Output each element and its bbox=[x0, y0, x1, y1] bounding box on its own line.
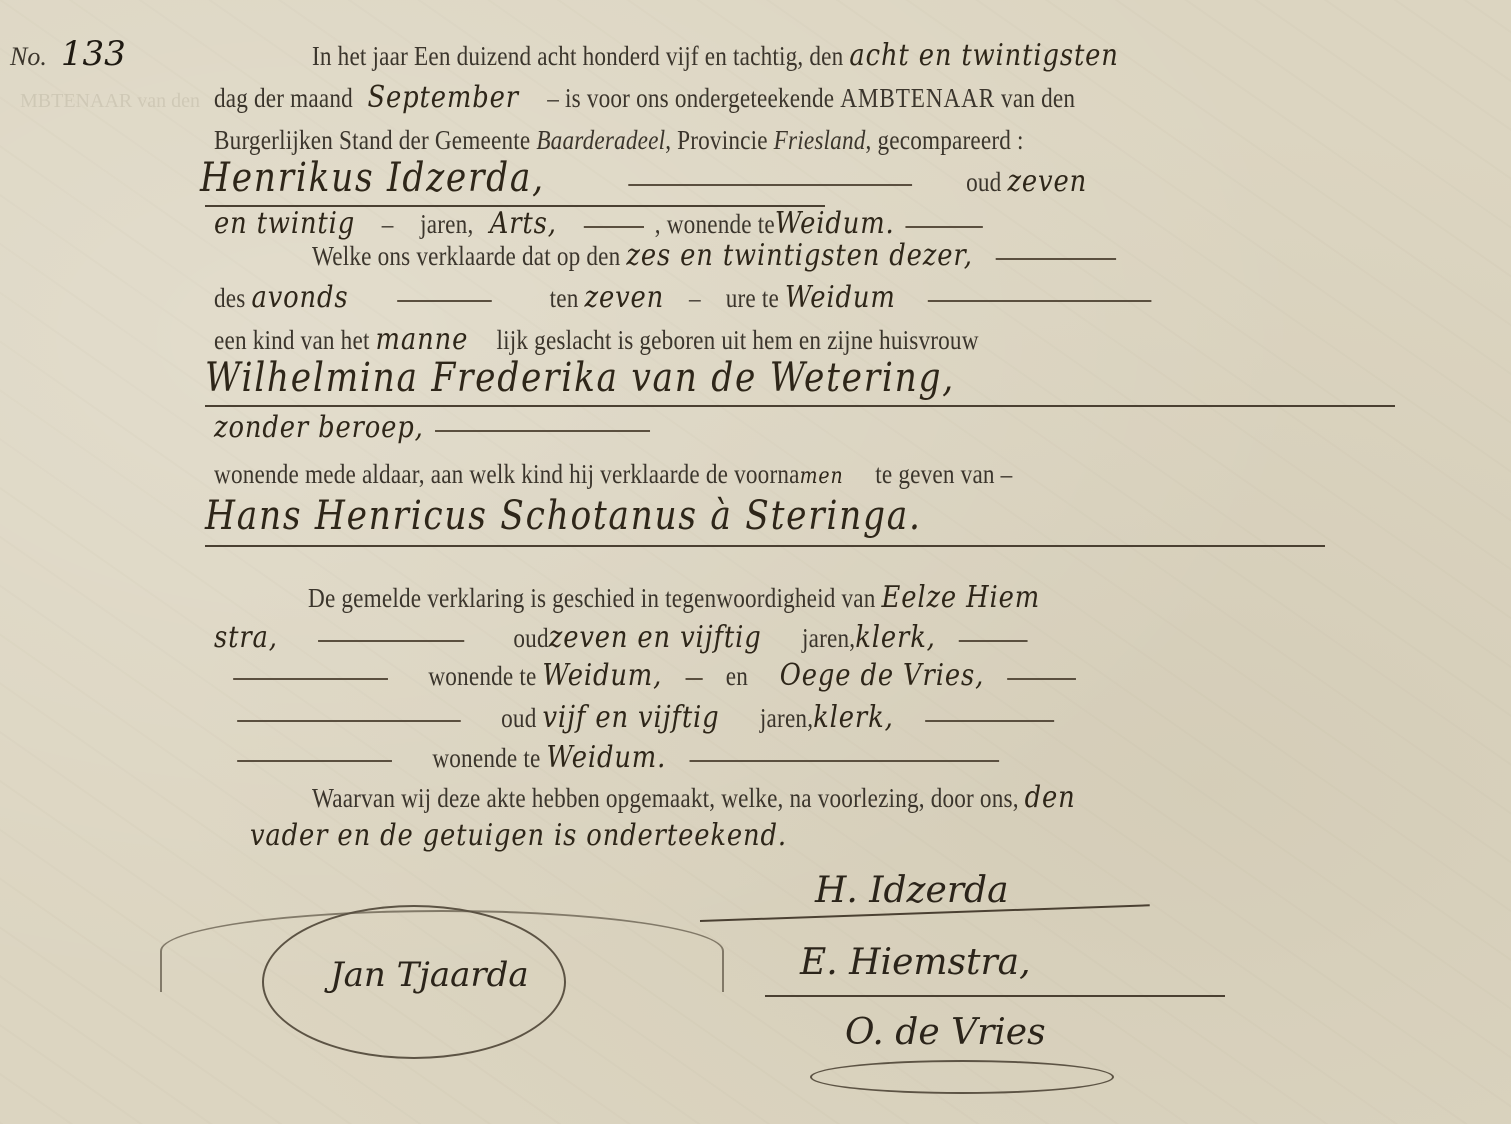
printed-text: In het jaar Een duizend acht honderd vij… bbox=[312, 41, 843, 71]
handwritten-birth-place: Weidum bbox=[785, 280, 896, 315]
line-17: wonende te Weidum. bbox=[232, 742, 1004, 774]
birth-record-page: MBTENAAR van den No.133 In het jaar Een … bbox=[0, 0, 1511, 1124]
handwritten-month: September bbox=[367, 80, 518, 115]
handwritten-day: acht en twintigsten bbox=[849, 38, 1118, 73]
signature-underline bbox=[765, 995, 1225, 997]
handwritten-time-of-day: avonds bbox=[251, 280, 348, 315]
dash: – bbox=[382, 209, 394, 239]
printed-text: ure te bbox=[726, 283, 779, 313]
municipality: Baarderadeel bbox=[536, 125, 665, 155]
printed-text: , gecompareerd : bbox=[866, 125, 1024, 155]
printed-text: jaren, bbox=[802, 623, 855, 653]
printed-text: wonende te bbox=[428, 661, 536, 691]
printed-text: is voor ons ondergeteekende bbox=[565, 83, 834, 113]
handwritten-witness1-age: zeven en vijftig bbox=[549, 620, 762, 655]
printed-text: Burgerlijken Stand der Gemeente bbox=[214, 125, 530, 155]
underline bbox=[205, 545, 1325, 547]
handwritten-age: zeven bbox=[1007, 164, 1087, 199]
printed-text: lijk geslacht is geboren uit hem en zijn… bbox=[497, 325, 979, 355]
line-19: vader en de getuigen is onderteekend. bbox=[250, 820, 787, 852]
handwritten-witness2-residence: Weidum. bbox=[546, 740, 666, 775]
handwritten-witness2-occupation: klerk, bbox=[813, 700, 893, 735]
printed-text: oud bbox=[966, 167, 1001, 197]
printed-text: te geven van – bbox=[875, 459, 1012, 489]
handwritten-witness2-name: Oege de Vries, bbox=[780, 658, 984, 693]
underline bbox=[205, 405, 1395, 407]
handwritten-sex: manne bbox=[376, 322, 469, 357]
printed-text: jaren, bbox=[420, 209, 473, 239]
province: Friesland bbox=[774, 125, 866, 155]
line-6: Welke ons verklaarde dat op den zes en t… bbox=[312, 240, 1122, 272]
line-2: dag der maand September – is voor ons on… bbox=[214, 82, 1075, 114]
handwritten-hour: zeven bbox=[585, 280, 665, 315]
line-16: oud vijf en vijftig jaren,klerk, bbox=[232, 702, 1060, 734]
record-number-label: No. bbox=[10, 42, 47, 71]
fill-rule bbox=[233, 678, 388, 680]
printed-text: Welke ons verklaarde dat op den bbox=[312, 241, 620, 271]
line-11: wonende mede aldaar, aan welk kind hij v… bbox=[214, 458, 1012, 493]
printed-text: wonende mede aldaar, aan welk kind hij v… bbox=[214, 459, 800, 489]
signature-witness1: E. Hiemstra, bbox=[800, 942, 1031, 983]
printed-text: De gemelde verklaring is geschied in teg… bbox=[308, 583, 876, 613]
fill-rule bbox=[1007, 678, 1076, 680]
signature-official: Jan Tjaarda bbox=[330, 955, 529, 995]
handwritten-father-name: Henrikus Idzerda, bbox=[200, 155, 545, 201]
handwritten-age: en twintig bbox=[214, 206, 355, 241]
printed-text: oud bbox=[513, 623, 548, 653]
printed-text: van den bbox=[1001, 83, 1075, 113]
record-number-value: 133 bbox=[61, 34, 126, 74]
handwritten-text: den bbox=[1025, 780, 1076, 815]
record-number: No.133 bbox=[10, 34, 126, 74]
line-14: stra, oudzeven en vijftig jaren,klerk, bbox=[214, 622, 1033, 654]
printed-text: dag der maand bbox=[214, 83, 353, 113]
fill-rule bbox=[906, 226, 983, 228]
handwritten-witness1-residence: Weidum, bbox=[542, 658, 662, 693]
ambtenaar-caps: AMBTENAAR bbox=[840, 83, 995, 113]
printed-text: oud bbox=[501, 703, 536, 733]
line-18: Waarvan wij deze akte hebben opgemaakt, … bbox=[312, 782, 1076, 814]
line-7: des avonds ten zeven – ure te Weidum bbox=[214, 282, 1156, 314]
line-8: een kind van het manne lijk geslacht is … bbox=[214, 324, 979, 356]
dash: – bbox=[689, 283, 701, 313]
handwritten-closing: vader en de getuigen is onderteekend. bbox=[250, 818, 787, 853]
fill-rule bbox=[996, 258, 1116, 260]
handwritten-occupation: Arts, bbox=[490, 206, 557, 241]
line-3: Burgerlijken Stand der Gemeente Baardera… bbox=[214, 124, 1024, 156]
handwritten-mother-occupation: zonder beroep, bbox=[214, 410, 424, 445]
printed-text: en bbox=[726, 661, 748, 691]
handwritten-witness1-occupation: klerk, bbox=[855, 620, 935, 655]
line-5: en twintig – jaren, Arts, , wonende teWe… bbox=[214, 208, 988, 240]
line-4: Henrikus Idzerda, oud zeven bbox=[200, 162, 1087, 198]
dash: – bbox=[547, 83, 559, 113]
fill-rule bbox=[927, 300, 1151, 302]
printed-text: des bbox=[214, 283, 245, 313]
handwritten-mother-name: Wilhelmina Frederika van de Wetering, bbox=[205, 355, 955, 401]
handwritten-witness1-name: stra, bbox=[214, 620, 278, 655]
fill-rule bbox=[435, 430, 650, 432]
line-15: wonende te Weidum, en Oege de Vries, bbox=[228, 660, 1081, 692]
fill-rule bbox=[689, 760, 999, 762]
handwritten-witness1-name: Eelze Hiem bbox=[882, 580, 1041, 615]
signature-flourish bbox=[810, 1060, 1114, 1094]
handwritten-birth-date: zes en twintigsten dezer, bbox=[626, 238, 972, 273]
bleed-through-text: MBTENAAR van den bbox=[20, 90, 200, 113]
printed-text: jaren, bbox=[760, 703, 813, 733]
printed-text: , Provincie bbox=[665, 125, 768, 155]
line-12: Hans Henricus Schotanus à Steringa. bbox=[205, 500, 922, 536]
printed-text: wonende te bbox=[432, 743, 540, 773]
fill-rule bbox=[583, 226, 643, 228]
line-1: In het jaar Een duizend acht honderd vij… bbox=[312, 40, 1119, 72]
fill-rule bbox=[628, 184, 912, 186]
line-13: De gemelde verklaring is geschied in teg… bbox=[308, 582, 1040, 614]
fill-rule bbox=[685, 678, 702, 680]
line-10: zonder beroep, bbox=[214, 412, 655, 444]
fill-rule bbox=[959, 640, 1028, 642]
signature-witness2: O. de Vries bbox=[845, 1012, 1046, 1053]
fill-rule bbox=[318, 640, 464, 642]
fill-rule bbox=[237, 720, 461, 722]
printed-text: een kind van het bbox=[214, 325, 370, 355]
fill-rule bbox=[397, 300, 492, 302]
handwritten-child-name: Hans Henricus Schotanus à Steringa. bbox=[205, 493, 922, 539]
handwritten-suffix: men bbox=[800, 464, 844, 489]
fill-rule bbox=[925, 720, 1054, 722]
handwritten-residence: Weidum. bbox=[775, 206, 895, 241]
handwritten-witness2-age: vijf en vijftig bbox=[542, 700, 719, 735]
line-9: Wilhelmina Frederika van de Wetering, bbox=[205, 362, 955, 398]
printed-text: , wonende te bbox=[655, 209, 775, 239]
printed-text: Waarvan wij deze akte hebben opgemaakt, … bbox=[312, 783, 1019, 813]
signature-father: H. Idzerda bbox=[815, 870, 1009, 911]
fill-rule bbox=[237, 760, 392, 762]
printed-text: ten bbox=[550, 283, 579, 313]
